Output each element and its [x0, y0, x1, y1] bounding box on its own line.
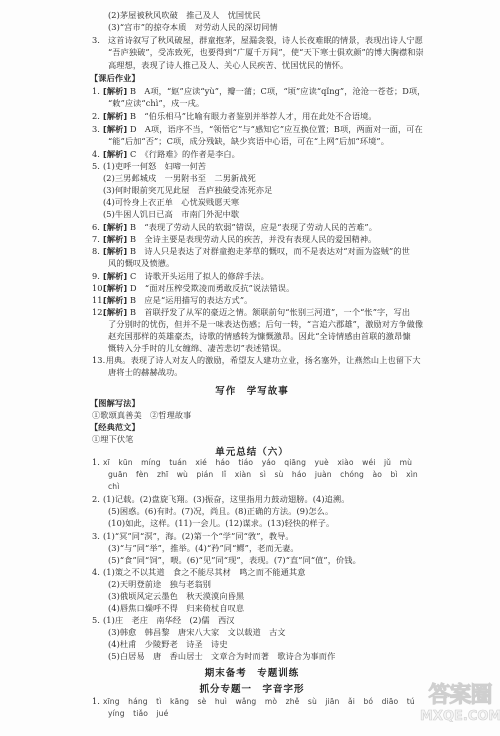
text-line: (4)唇焦口燥呼不得 归来倚杖自叹息	[108, 603, 244, 614]
unit-summary-title: 单元总结（六）	[92, 444, 412, 458]
final-review-title: 期末备考 专题训练	[92, 665, 412, 679]
homework-item-9: 9.[解析] C 诗歌开头运用了拟人的修辞手法。	[92, 271, 269, 282]
text-line: (2)天明登前途 独与老翁别	[108, 579, 211, 590]
homework-item-7: 7.[解析] B 全诗主要是表现劳动人民的疾苦，并没有表现人民的爱国精神。	[92, 234, 376, 245]
homework-item-13: 13. 用典。表现了诗人对友人的激励，希望友人建功立业，扬名塞外，让燕然山上也留…	[92, 355, 421, 366]
homework-item-6: 6.[解析] B “表现了劳动人民的软弱”错误，应是“表现了劳动人民的苦难”。	[92, 222, 377, 233]
text-line: “能”后加“否”；C项，成分残缺，缺少宾语中心语，可在“上网”后加“环境”。	[108, 136, 389, 147]
section-heading: 【课后作业】	[90, 73, 140, 84]
text-line: “敕”应读“chì”，戍一戌。	[108, 98, 204, 109]
text-line: (5)困惑。(6)有时。(7)况，尚且。(8)正确的方法。(9)怎么。	[108, 506, 333, 517]
watermark-url: MXQE.COM	[420, 709, 500, 725]
text-line: 这首诗叙写了秋风破屋，群童抱茅，屋漏衾裂，诗人长夜难眠的情景，表现出诗人宁愿	[108, 35, 423, 46]
text-line: (2)三男邺城戍 一男附书至 二男新战死	[103, 173, 256, 184]
text-line: 慨转入分手时的儿女缠绵、凄苦悲切”表述错误。	[108, 343, 286, 354]
watermark-logo-text: 答案圈	[420, 683, 500, 709]
text-line: 唐将士的赫赫战功。	[108, 367, 183, 378]
unit-item-1: 1.xī kūn míng tuán xié háo tiáo yáo qiān…	[92, 457, 412, 468]
text-line: 高理想，表现了诗人推己及人、关心人民疾苦、忧国忧民的情怀。	[108, 60, 348, 71]
text-line: (5)牛困人饥日已高 市南门外泥中歇	[103, 209, 239, 220]
unit-item-4: 4.(1)策之不以其道 食之不能尽其材 鸣之而不能通其意	[92, 567, 306, 578]
final-item-1: 1.xīng háng tì kāng sè huì wǎng mò zhě s…	[92, 696, 415, 707]
homework-item-1: 1.[解析] B A项，“妪”应读“yù”，瓣一蒲；C项，“顷”应读“qǐng”…	[92, 86, 425, 97]
text-line: (3)“宫市”的掠夺本质 对劳动人民的深切同情	[108, 22, 278, 33]
homework-item-5: 5.(1)吏呼一何怒 妇啼一何苦	[92, 161, 206, 172]
text-line: “吾庐独破”，受冻致死，也要得到“广厦千万间”，使“天下寒士俱欢颜”的博大胸襟和…	[108, 47, 424, 58]
text-line: (4)杜甫 少陵野老 诗圣 诗史	[108, 639, 228, 650]
site-watermark: 答案圈 MXQE.COM	[420, 683, 500, 725]
text-line: ①歌颂真善美 ②哲理故事	[92, 410, 191, 421]
pinyin-line: guān fèn zhī wù pián lǐ xiàn sì sù háo j…	[108, 469, 418, 480]
text-line: 赵充国那样的英雄豪杰，诗歌的情感转为慷慨激昂。因此“全诗情感由首联的激昂慷	[108, 331, 411, 342]
text-line: (2)茅屋被秋风吹破 推己及人 忧国忧民	[108, 10, 261, 21]
section-heading: 【经典范文】	[90, 422, 140, 433]
text-line: (5)“食”同“饲”，喂。(6)“见”同“现”，表现。(7)“直”同“值”，价钱…	[108, 555, 361, 566]
homework-item-8: 8.[解析] B 诗人只是表达了对群童抱走茅草的慨叹，而不是表达对“对面为盗贼”…	[92, 246, 410, 257]
unit-item-2: 2.(1)记载。(2)盘旋飞翔。(3)振奋，这里指用力鼓动翅膀。(4)追溯。	[92, 494, 350, 505]
text-line: 风的慨叹及愤懑。	[108, 258, 174, 269]
pinyin-line: yíng tiǎo jué	[108, 708, 168, 719]
final-review-subtitle: 抓分专题一 字音字形	[92, 681, 412, 695]
text-line: (3)何时眼前突兀见此屋 吾庐独破受冻死亦足	[103, 185, 272, 196]
homework-item-2: 2.[解析] B “伯乐相马”比喻有眼力者鉴别并举荐人才，用在此处不合语境。	[92, 111, 377, 122]
pinyin-line: chì	[108, 481, 119, 492]
text-line: (3)韩愈 韩昌黎 唐宋八大家 文以载道 古文	[108, 627, 286, 638]
unit-item-3: 3.(1)“冥”同“溟”，海。(2)第一个“学”同“敩”，教导。	[92, 531, 294, 542]
writing-title: 写作 学写故事	[92, 383, 412, 397]
homework-item-4: 4.[解析] C 《行路难》的作者是李白。	[92, 149, 240, 160]
text-line: (5)白居易 唐 香山居士 文章合为时而著 歌诗合为事而作	[108, 651, 335, 662]
text-line: (10)如此，这样。(11)一会儿。(12)谋求。(13)轻快的样子。	[108, 518, 334, 529]
unit-item-5: 5.(1)庄 老庄 南华经 (2)儒 西汉	[92, 615, 235, 626]
section-heading: 【图解写法】	[90, 398, 140, 409]
text-line: (3)“与”同“举”，推举。(4)“矜”同“鳏”，老而无妻。	[108, 543, 299, 554]
homework-item-12: 12.[解析] B 首联抒发了从军的豪迈之情。颔联前句“怅别三河道”，一个“怅”…	[92, 307, 410, 318]
text-line: (3)俄顷风定云墨色 秋天漠漠向昏黑	[108, 591, 244, 602]
text-line: 了分别时的忧伤，但并不是一味表达伤感；后句一转，“言追六郡雄”，激励对方争做像	[108, 319, 423, 330]
item-number: 3.	[92, 35, 100, 46]
homework-item-11: 11.[解析] B 应是“运用描写的表达方式”。	[92, 295, 252, 306]
text-line: (4)可怜身上衣正单 心忧炭贱愿天寒	[103, 197, 239, 208]
homework-item-10: 10.[解析] D “面对压榨受欺凌而勇敢反抗”说法错误。	[92, 283, 294, 294]
homework-item-3: 3.[解析] D A项，语序不当，“领悟它”与“感知它”应互换位置；B项，两面对…	[92, 124, 423, 135]
